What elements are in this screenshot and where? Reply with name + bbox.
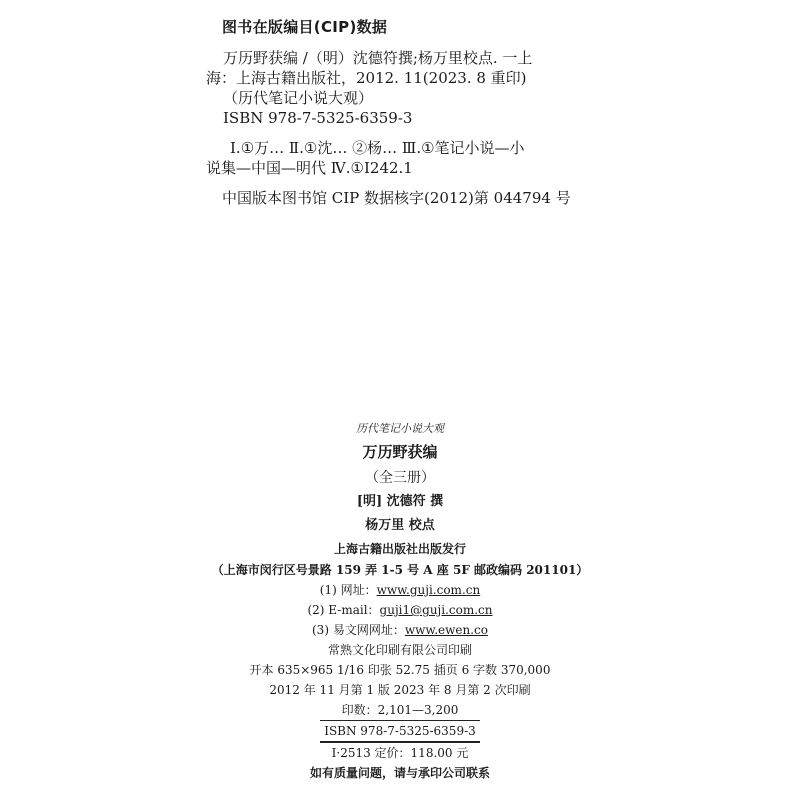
web-line-ewen: (3) 易文网网址：www.ewen.co xyxy=(312,620,488,640)
ewen-label: (3) 易文网网址： xyxy=(312,623,405,637)
publisher: 上海古籍出版社出版发行 xyxy=(0,538,800,560)
website-link[interactable]: www.guji.com.cn xyxy=(377,583,481,597)
cip-entry-line: 万历野获编 /（明）沈德符撰;杨万里校点. 一上 xyxy=(222,48,622,68)
imprint-block: 历代笔记小说大观 万历野获编 （全三册） [明] 沈德符 撰 杨万里 校点 上海… xyxy=(0,420,800,783)
printer: 常熟文化印刷有限公司印刷 xyxy=(0,640,800,660)
cip-entry-line: （历代笔记小说大观） xyxy=(222,88,622,108)
edition-info: 2012 年 11 月第 1 版 2023 年 8 月第 2 次印刷 xyxy=(0,680,800,700)
series-name: 历代笔记小说大观 xyxy=(0,420,800,440)
cip-number: 中国版本图书馆 CIP 数据核字(2012)第 044794 号 xyxy=(222,188,622,208)
price: I·2513 定价：118.00 元 xyxy=(0,743,800,763)
cip-entry: 万历野获编 /（明）沈德符撰;杨万里校点. 一上 海：上海古籍出版社，2012.… xyxy=(222,48,622,128)
email-link[interactable]: guji1@guji.com.cn xyxy=(380,603,493,617)
publisher-address: （上海市闵行区号景路 159 弄 1-5 号 A 座 5F 邮政编码 20110… xyxy=(0,560,800,580)
cip-class-line: Ⅰ.①万… Ⅱ.①沈… ②杨… Ⅲ.①笔记小说—小 xyxy=(222,138,622,158)
print-run: 印数：2,101—3,200 xyxy=(0,700,800,720)
editor: 杨万里 校点 xyxy=(0,514,800,538)
quality-notice: 如有质量问题，请与承印公司联系 xyxy=(0,763,800,783)
ewen-link[interactable]: www.ewen.co xyxy=(405,623,488,637)
format-specs: 开本 635×965 1/16 印张 52.75 插页 6 字数 370,000 xyxy=(0,660,800,680)
cip-classification: Ⅰ.①万… Ⅱ.①沈… ②杨… Ⅲ.①笔记小说—小 说集—中国—明代 Ⅳ.①I2… xyxy=(222,138,622,178)
web-line-website: (1) 网址：www.guji.com.cn xyxy=(320,580,480,600)
web-line-email: (2) E-mail：guji1@guji.com.cn xyxy=(307,600,492,620)
web-links: (1) 网址：www.guji.com.cn (2) E-mail：guji1@… xyxy=(0,580,800,640)
volume-count: （全三册） xyxy=(0,466,800,490)
isbn: ISBN 978-7-5325-6359-3 xyxy=(320,720,480,743)
cip-entry-line: 海：上海古籍出版社，2012. 11(2023. 8 重印) xyxy=(206,68,622,88)
cip-isbn: ISBN 978-7-5325-6359-3 xyxy=(222,108,622,128)
author: [明] 沈德符 撰 xyxy=(0,490,800,514)
web-label: (1) 网址： xyxy=(320,583,377,597)
email-label: (2) E-mail： xyxy=(307,603,379,617)
cip-data-block: 图书在版编目(CIP)数据 万历野获编 /（明）沈德符撰;杨万里校点. 一上 海… xyxy=(222,16,622,208)
book-title: 万历野获编 xyxy=(0,440,800,466)
cip-heading: 图书在版编目(CIP)数据 xyxy=(222,16,622,38)
cip-class-line: 说集—中国—明代 Ⅳ.①I242.1 xyxy=(206,158,622,178)
